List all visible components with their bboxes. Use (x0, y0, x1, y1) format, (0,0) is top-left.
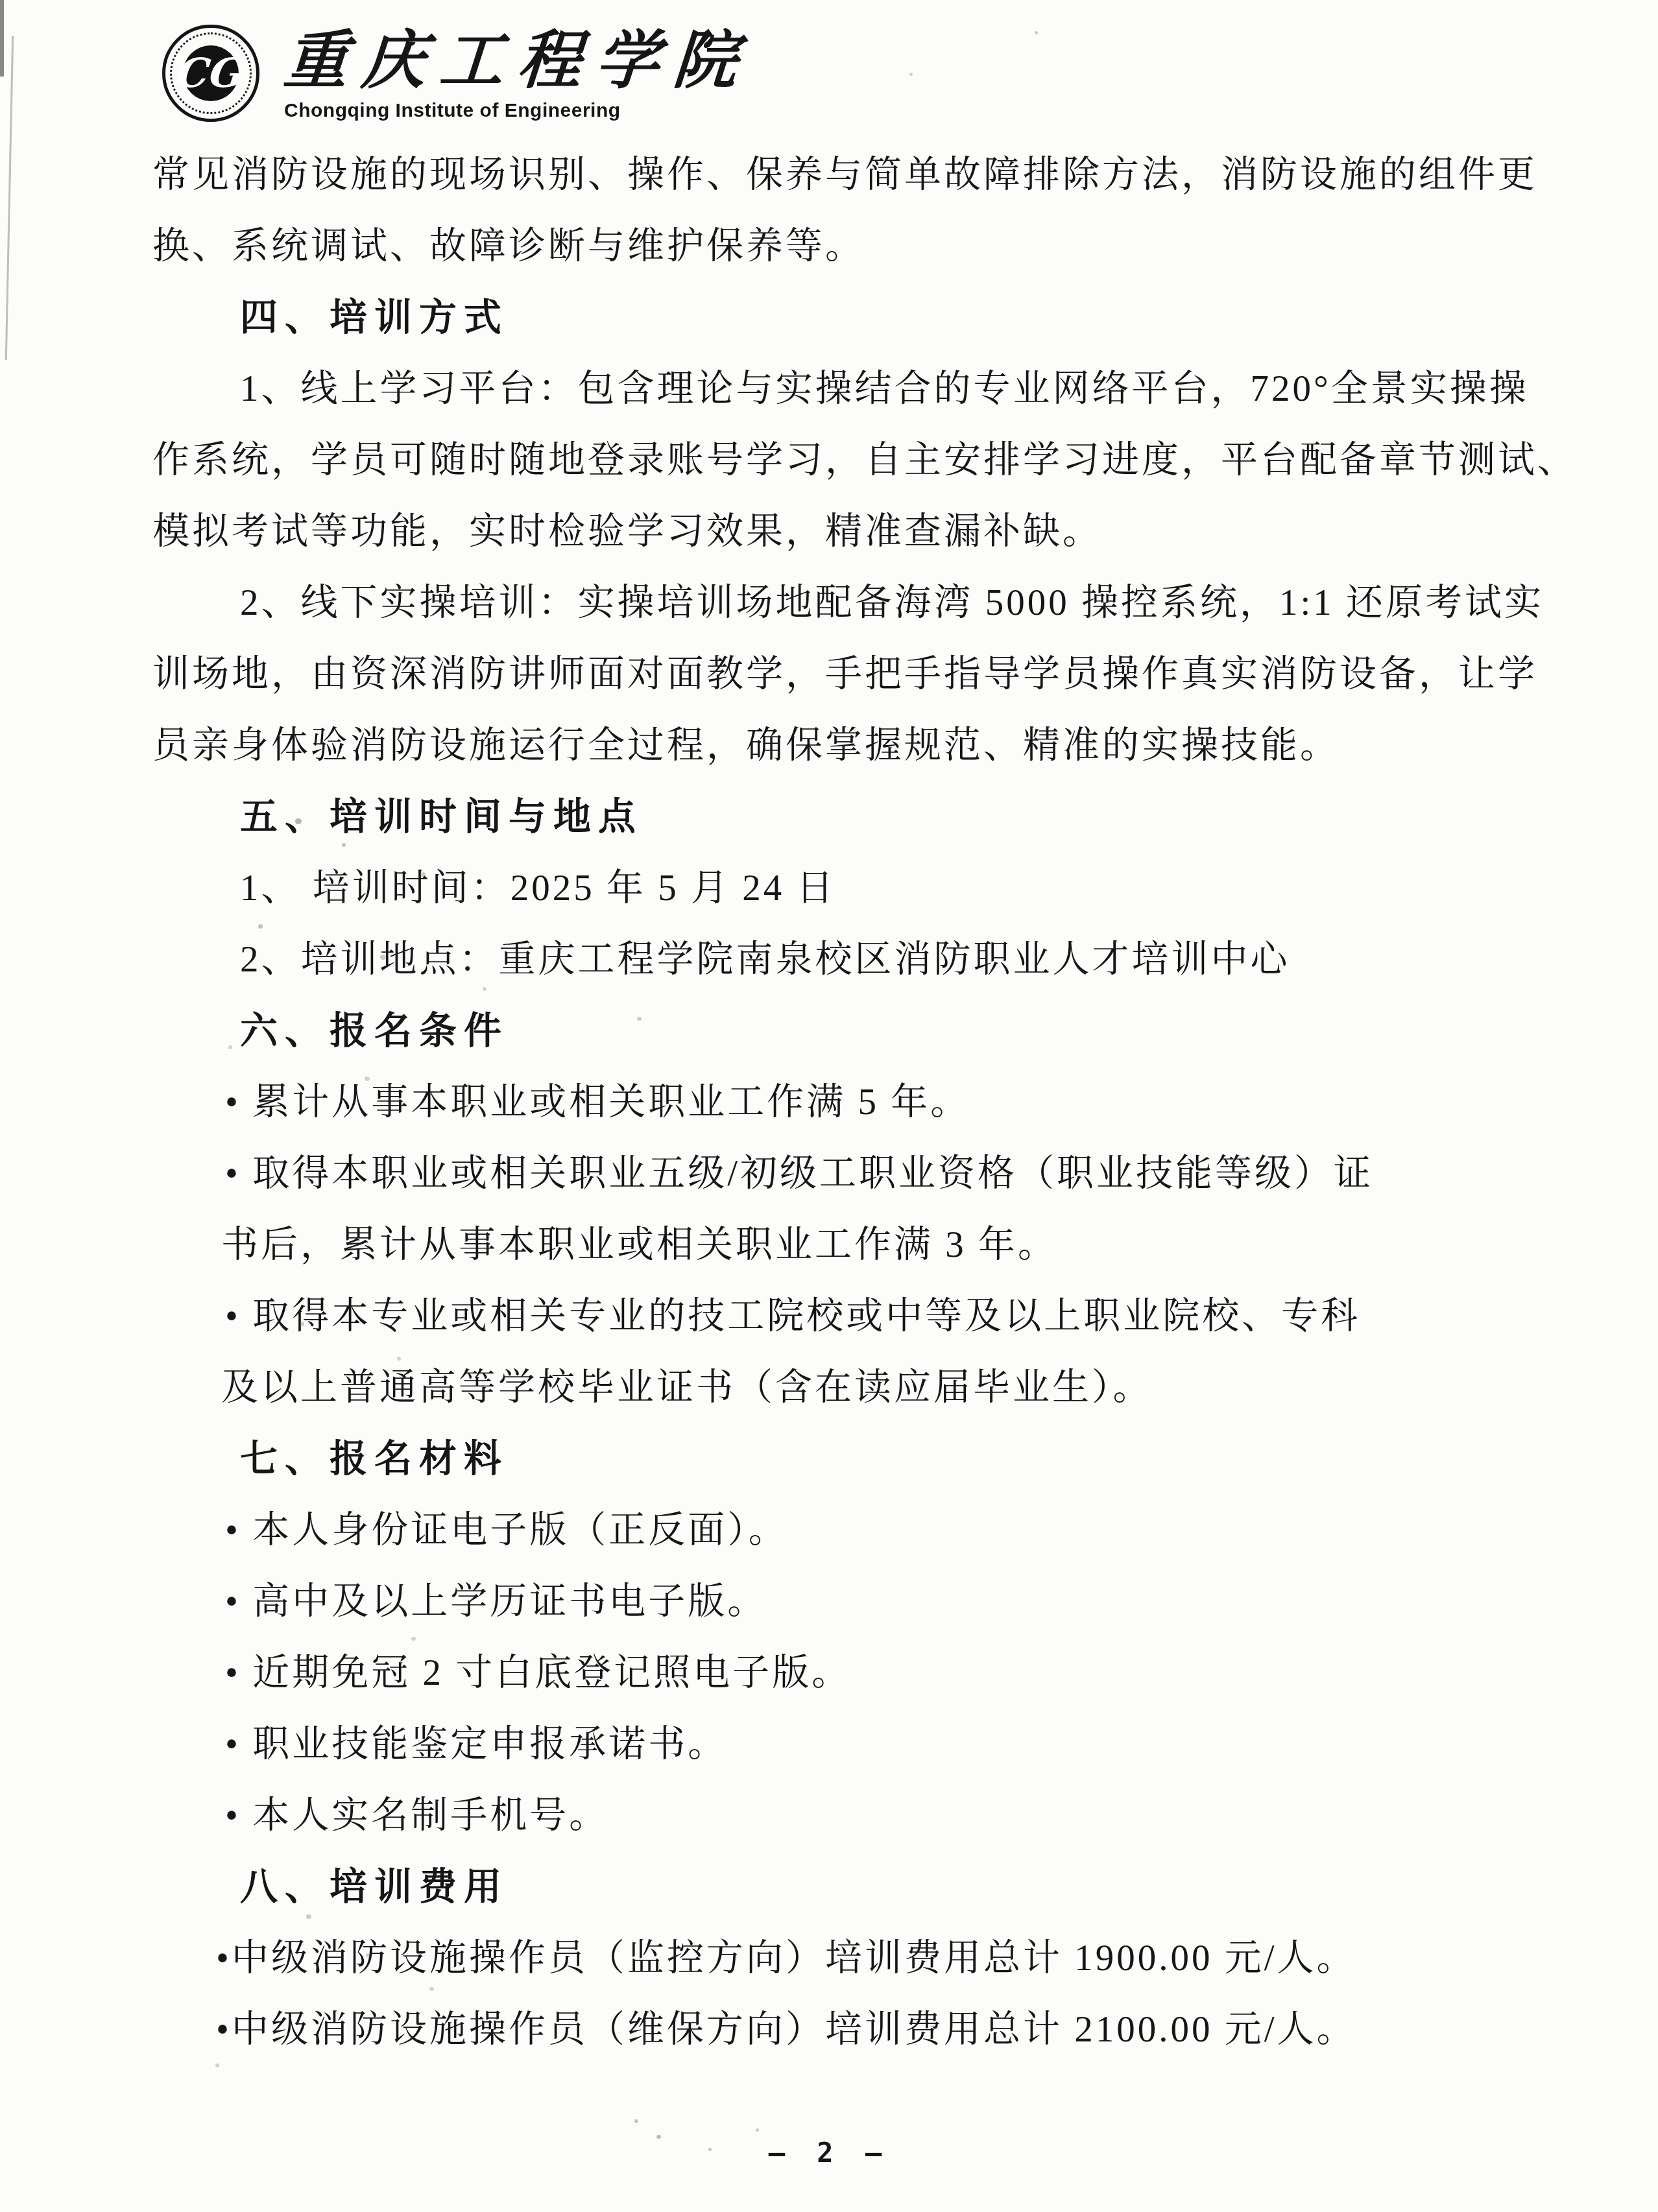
noise-speck (295, 818, 302, 824)
noise-speck (708, 2148, 712, 2151)
noise-speck (365, 1076, 370, 1081)
section-heading-7: 七、报名材料 (240, 1423, 1580, 1495)
bullet-item: • 高中及以上学历证书电子版。 (225, 1566, 1580, 1637)
bullet-item: •中级消防设施操作员（监控方向）培训费用总计 1900.00 元/人。 (216, 1923, 1580, 1994)
section-heading-5: 五、培训时间与地点 (240, 781, 1580, 853)
text-line: 作系统，学员可随时随地登录账号学习，自主安排学习进度，平台配备章节测试、 (152, 425, 1580, 496)
noise-speck (228, 1045, 232, 1049)
bullet-item: • 近期免冠 2 寸白底登记照电子版。 (225, 1637, 1580, 1709)
noise-speck (483, 987, 487, 991)
text-line: 常见消防设施的现场识别、操作、保养与简单故障排除方法，消防设施的组件更 (152, 139, 1580, 211)
scanned-document-page: CG 重庆工程学院 Chongqing Institute of Enginee… (0, 0, 1658, 2212)
bullet-item: •中级消防设施操作员（维保方向）培训费用总计 2100.00 元/人。 (216, 1994, 1580, 2065)
section-heading-6: 六、报名条件 (240, 995, 1580, 1067)
text-line: 1、线上学习平台：包含理论与实操结合的专业网络平台，720°全景实操操 (240, 353, 1580, 425)
bullet-item-continuation: 书后，累计从事本职业或相关职业工作满 3 年。 (221, 1209, 1580, 1281)
logo-wordmark: 重庆工程学院 Chongqing Institute of Engineerin… (284, 25, 751, 122)
text-line: 1、 培训时间：2025 年 5 月 24 日 (240, 853, 1580, 924)
page-number: — 2 — (0, 2137, 1658, 2169)
bullet-item-continuation: 及以上普通高等学校毕业证书（含在读应届毕业生）。 (221, 1352, 1580, 1423)
noise-speck (397, 1357, 401, 1361)
scan-edge-artifact (0, 0, 4, 77)
noise-speck (420, 872, 426, 877)
bullet-item: • 本人实名制手机号。 (225, 1780, 1580, 1851)
noise-speck (215, 2063, 219, 2067)
noise-speck (258, 924, 263, 929)
section-heading-8: 八、培训费用 (240, 1851, 1580, 1923)
noise-speck (756, 2128, 759, 2132)
logo-chinese-name: 重庆工程学院 (282, 30, 754, 93)
scan-scratch-line (5, 36, 14, 360)
bullet-item: • 取得本职业或相关职业五级/初级工职业资格（职业技能等级）证 (225, 1138, 1580, 1209)
noise-speck (411, 1637, 416, 1641)
noise-speck (300, 1322, 304, 1326)
seal-inner-disc: CG (183, 45, 239, 101)
noise-speck (909, 73, 913, 76)
noise-speck (342, 843, 346, 847)
noise-speck (634, 2119, 638, 2123)
bullet-item: • 取得本专业或相关专业的技工院校或中等及以上职业院校、专科 (225, 1281, 1580, 1352)
document-body: 常见消防设施的现场识别、操作、保养与简单故障排除方法，消防设施的组件更 换、系统… (152, 139, 1580, 2065)
text-line: 训场地，由资深消防讲师面对面教学，手把手指导学员操作真实消防设备，让学 (152, 639, 1580, 710)
text-line: 员亲身体验消防设施运行全过程，确保掌握规范、精准的实操技能。 (152, 710, 1580, 781)
institution-logo: CG 重庆工程学院 Chongqing Institute of Enginee… (162, 25, 751, 122)
bullet-item: • 职业技能鉴定申报承诺书。 (225, 1709, 1580, 1780)
text-line: 2、培训地点：重庆工程学院南泉校区消防职业人才培训中心 (240, 924, 1580, 995)
bullet-item: • 累计从事本职业或相关职业工作满 5 年。 (225, 1067, 1580, 1138)
noise-speck (380, 955, 386, 960)
noise-speck (429, 1987, 434, 1991)
noise-speck (306, 1914, 311, 1919)
noise-speck (339, 1603, 343, 1607)
noise-speck (366, 1953, 370, 1957)
noise-speck (1035, 31, 1038, 34)
bullet-item: • 本人身份证电子版（正反面）。 (225, 1495, 1580, 1566)
text-line: 换、系统调试、故障诊断与维护保养等。 (152, 211, 1580, 282)
text-line: 模拟考试等功能，实时检验学习效果，精准查漏补缺。 (152, 496, 1580, 567)
section-heading-4: 四、培训方式 (240, 282, 1580, 353)
text-line: 2、线下实操培训：实操培训场地配备海湾 5000 操控系统，1:1 还原考试实 (240, 567, 1580, 639)
university-seal-icon: CG (162, 25, 259, 122)
logo-english-name: Chongqing Institute of Engineering (284, 100, 751, 122)
seal-monogram: CG (175, 53, 247, 93)
noise-speck (637, 1017, 642, 1021)
noise-speck (656, 2135, 661, 2139)
